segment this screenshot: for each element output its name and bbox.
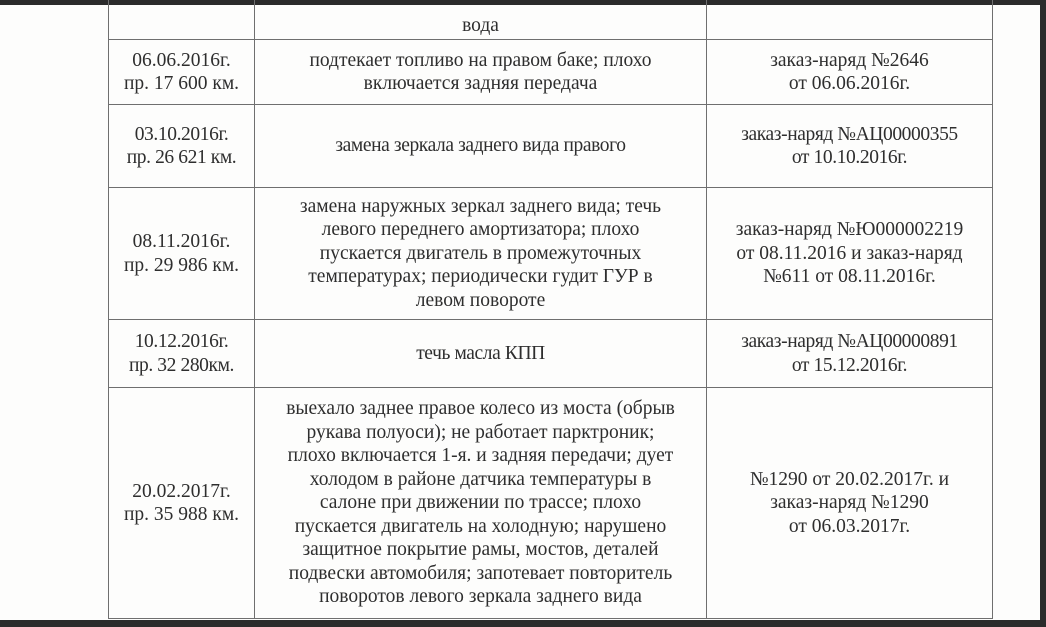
date-cell: 08.11.2016г. пр. 29 986 км. xyxy=(109,188,255,320)
table-row: 08.11.2016г. пр. 29 986 км. замена наруж… xyxy=(109,188,993,320)
order-cell: заказ-наряд №Ю000002219 от 08.11.2016 и … xyxy=(707,188,993,320)
date-cell: 03.10.2016г. пр. 26 621 км. xyxy=(109,105,255,188)
date-cell xyxy=(109,0,255,40)
date-cell: 06.06.2016г. пр. 17 600 км. xyxy=(109,40,255,105)
description-cell: выехало заднее правое колесо из моста (о… xyxy=(255,388,707,619)
table-row: 03.10.2016г. пр. 26 621 км. замена зерка… xyxy=(109,105,993,188)
order-cell: заказ-наряд №АЦ00000355 от 10.10.2016г. xyxy=(707,105,993,188)
order-cell: заказ-наряд №2646 от 06.06.2016г. xyxy=(707,40,993,105)
table-row: 10.12.2016г. пр. 32 280км. течь масла КП… xyxy=(109,320,993,388)
description-cell: подтекает топливо на правом баке; плохо … xyxy=(255,40,707,105)
order-cell: №1290 от 20.02.2017г. и заказ-наряд №129… xyxy=(707,388,993,619)
date-cell: 10.12.2016г. пр. 32 280км. xyxy=(109,320,255,388)
description-cell: течь масла КПП xyxy=(255,320,707,388)
scanned-document-page: вода 06.06.2016г. пр. 17 600 км. подтека… xyxy=(0,5,1040,620)
order-cell xyxy=(707,0,993,40)
table-row-partial: вода xyxy=(109,0,993,40)
table-row: 20.02.2017г. пр. 35 988 км. выехало задн… xyxy=(109,388,993,619)
order-cell: заказ-наряд №АЦ00000891 от 15.12.2016г. xyxy=(707,320,993,388)
description-cell: замена зеркала заднего вида правого xyxy=(255,105,707,188)
description-cell: замена наружных зеркал заднего вида; теч… xyxy=(255,188,707,320)
repair-history-table: вода 06.06.2016г. пр. 17 600 км. подтека… xyxy=(108,0,993,619)
table-row: 06.06.2016г. пр. 17 600 км. подтекает то… xyxy=(109,40,993,105)
description-cell: вода xyxy=(255,0,707,40)
date-cell: 20.02.2017г. пр. 35 988 км. xyxy=(109,388,255,619)
